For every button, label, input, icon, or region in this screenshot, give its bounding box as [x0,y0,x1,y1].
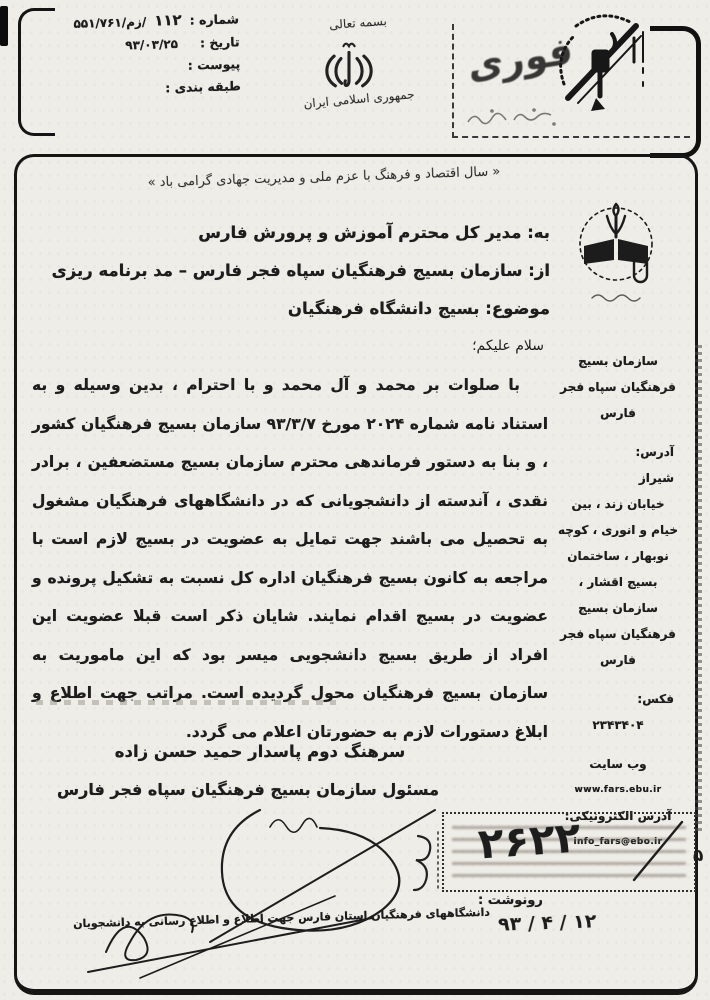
besmele-text: بسمه تعالی [298,12,419,34]
org-line: سازمان بسیج [552,348,684,374]
to-line: به: مدیر کل محترم آموزش و پرورش فارس [30,214,550,252]
classification-label: طبقه بندی : [165,78,241,95]
from-line: از: سازمان بسیج فرهنگیان سپاه فجر فارس –… [30,252,550,290]
handwritten-side-number: ۵ [693,846,703,866]
stamp-slash-mark [628,816,688,886]
irgc-logo-icon [546,4,654,120]
body-lead-text: با صلوات بر محمد و آل محمد و با احترام ، [172,376,520,394]
letter-number-row: شماره : ۱۱۲ زم/۵۵۱/۷۶۱/ [41,9,239,33]
org-line: فارس [552,400,684,426]
to-text: مدیر کل محترم آموزش و پرورش فارس [198,223,521,242]
address-line: فرهنگیان سپاه فجر [552,621,684,647]
scan-streak-artifact [36,700,336,705]
attachment-label: پیوست : [188,56,241,72]
fax-value: ۲۳۴۳۴۰۴ [552,712,684,738]
date-label: تاریخ : [200,34,240,50]
address-line: شیراز [552,465,684,491]
scan-edge-strip-artifact [695,345,702,835]
address-line: بسیج اقشار ، [552,569,684,595]
classification-row: طبقه بندی : [43,78,241,99]
scan-edge-artifact [0,6,8,46]
number-value-main: ۱۱۲ [154,11,182,30]
from-text: سازمان بسیج فرهنگیان سپاه فجر فارس – مد … [52,261,523,280]
handwritten-registration-number: ۲۶۲۲ [476,812,582,868]
letter-date-row: تاریخ : ۹۳/۰۳/۲۵ [41,34,239,55]
handwritten-date: ۱۲ / ۴ / ۹۳ [498,910,597,935]
address-line: خیابان زند ، بین [552,491,684,517]
salutation-text: سلام علیکم؛ [30,328,550,364]
to-label: به: [527,223,550,242]
handwritten-mark-scribble [408,828,450,894]
website-url: www.fars.ebu.ir [552,777,684,803]
number-value-rest: زم/۵۵۱/۷۶۱/ [73,15,146,31]
fax-label: فکس: [552,686,684,712]
subject-line: موضوع: بسیج دانشگاه فرهنگیان [30,290,550,328]
header-right-bracket [650,26,701,158]
body-rest-text: بدین وسیله و به استناد نامه شماره ۲۰۲۴ م… [32,376,548,741]
from-label: از: [528,261,550,280]
website-label: وب سایت [552,751,684,777]
address-label: آدرس: [552,439,684,465]
secondary-signature-scribble [80,890,380,985]
letter-body: با صلوات بر محمد و آل محمد و با احترام ،… [32,366,548,751]
iri-emblem-icon [318,40,380,92]
org-line: فرهنگیان سپاه فجر [552,374,684,400]
attachment-row: پیوست : [42,56,240,77]
scanned-letter-page: شماره : ۱۱۲ زم/۵۵۱/۷۶۱/ تاریخ : ۹۳/۰۳/۲۵… [0,0,710,1000]
address-line: نوبهار ، ساختمان [552,543,684,569]
sidebar-contact-block: سازمان بسیج فرهنگیان سپاه فجر فارس آدرس:… [552,348,684,855]
address-line: خیام و انوری ، کوچه [552,517,684,543]
letter-head: به: مدیر کل محترم آموزش و پرورش فارس از:… [30,214,550,364]
subject-label: موضوع: [485,299,550,318]
date-value: ۹۳/۰۳/۲۵ [125,37,178,52]
number-label: شماره : [189,11,239,27]
signatory-name: سرهنگ دوم پاسدار حمید حسن زاده [70,742,450,761]
header-fields: شماره : ۱۱۲ زم/۵۵۱/۷۶۱/ تاریخ : ۹۳/۰۳/۲۵… [41,9,241,105]
basij-farhangian-logo-icon [574,194,662,312]
subject-text: بسیج دانشگاه فرهنگیان [288,299,480,318]
address-line: فارس [552,647,684,673]
address-line: سازمان بسیج [552,595,684,621]
